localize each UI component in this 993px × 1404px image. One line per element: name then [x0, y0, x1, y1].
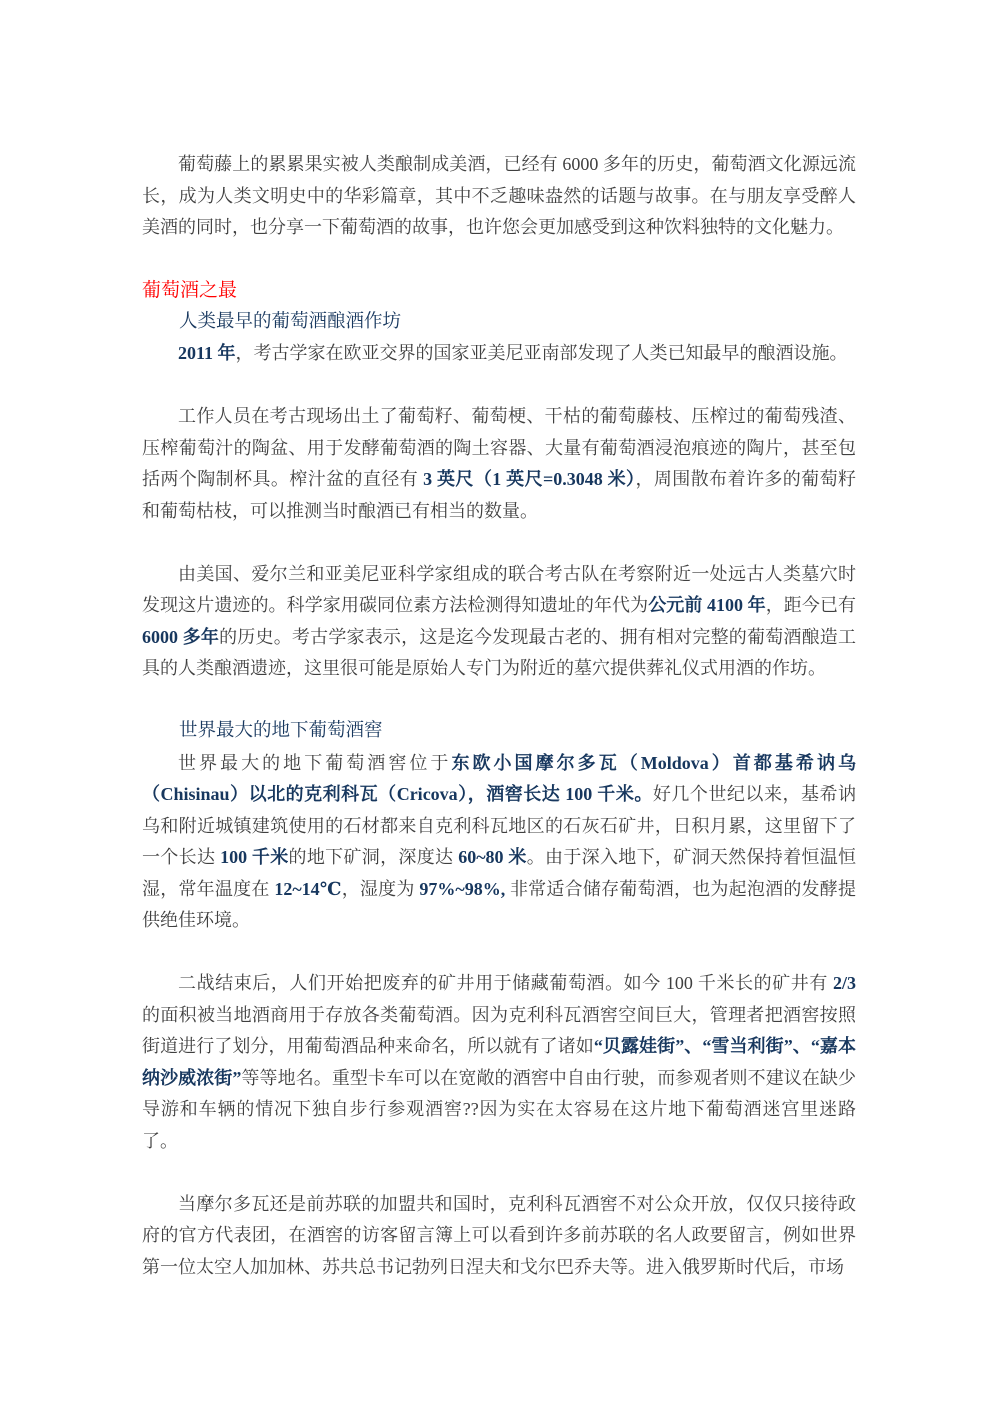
section-heading-wine-superlatives: 葡萄酒之最: [142, 275, 856, 307]
document-body: 葡萄藤上的累累果实被人类酿制成美酒，已经有 6000 多年的历史，葡萄酒文化源远…: [142, 149, 856, 1283]
highlighted-text-run: 2/3: [833, 973, 856, 993]
highlighted-text-run: 公元前 4100 年: [648, 595, 765, 615]
text-run: 二战结束后，人们开始把废弃的矿井用于储藏葡萄酒。如今 100 千米长的矿井有: [178, 973, 833, 993]
text-run: ，考古学家在欧亚交界的国家亚美尼亚南部发现了人类已知最早的酿酒设施。: [236, 343, 848, 363]
text-run: ，距今已有: [766, 595, 856, 615]
text-run: 世界最大的地下葡萄酒窖位于: [178, 753, 451, 773]
paragraph-carbon-dating: 由美国、爱尔兰和亚美尼亚科学家组成的联合考古队在考察附近一处远古人类墓穴时发现这…: [142, 559, 856, 685]
text-run: 人类最早的葡萄酒酿酒作坊: [179, 312, 401, 332]
text-run: 的地下矿洞，深度达: [289, 847, 459, 867]
highlighted-text-run: 2011 年: [178, 343, 236, 363]
text-run: 当摩尔多瓦还是前苏联的加盟共和国时，克利科瓦酒窖不对公众开放，仅仅只接待政府的官…: [142, 1194, 856, 1277]
text-run: 的历史。考古学家表示，这是迄今发现最古老的、拥有相对完整的葡萄酒酿造工具的人类酿…: [142, 627, 856, 679]
text-run: 等等地名。重型卡车可以在宽敞的酒窖中自由行驶，而参观者则不建议在缺少导游和车辆的…: [142, 1068, 856, 1151]
paragraph-2011-discovery: 2011 年，考古学家在欧亚交界的国家亚美尼亚南部发现了人类已知最早的酿酒设施。: [142, 338, 856, 370]
highlighted-text-run: 3 英尺（1 英尺=0.3048 米）: [423, 469, 635, 489]
subheading-largest-underground-cellar: 世界最大的地下葡萄酒窖: [142, 716, 856, 748]
paragraph-excavation-finds: 工作人员在考古现场出土了葡萄籽、葡萄梗、干枯的葡萄藤枝、压榨过的葡萄残渣、压榨葡…: [142, 401, 856, 527]
document-page: 葡萄藤上的累累果实被人类酿制成美酒，已经有 6000 多年的历史，葡萄酒文化源远…: [0, 0, 993, 1404]
highlighted-text-run: 12~14℃: [274, 879, 341, 899]
highlighted-text-run: 6000 多年: [142, 627, 219, 647]
text-run: 世界最大的地下葡萄酒窖: [179, 721, 383, 741]
intro-paragraph: 葡萄藤上的累累果实被人类酿制成美酒，已经有 6000 多年的历史，葡萄酒文化源远…: [142, 149, 856, 244]
highlighted-text-run: 97%~98%,: [419, 879, 505, 899]
highlighted-text-run: 60~80 米: [458, 847, 527, 867]
subheading-earliest-winery: 人类最早的葡萄酒酿酒作坊: [142, 307, 856, 339]
text-run: ，湿度为: [342, 879, 420, 899]
text-run: 葡萄酒之最: [142, 280, 237, 301]
highlighted-text-run: 100 千米: [220, 847, 288, 867]
paragraph-cricova-cellar: 世界最大的地下葡萄酒窖位于东欧小国摩尔多瓦（Moldova）首都基希讷乌（Chi…: [142, 748, 856, 937]
paragraph-postwar-storage: 二战结束后，人们开始把废弃的矿井用于储藏葡萄酒。如今 100 千米长的矿井有 2…: [142, 968, 856, 1157]
paragraph-soviet-era: 当摩尔多瓦还是前苏联的加盟共和国时，克利科瓦酒窖不对公众开放，仅仅只接待政府的官…: [142, 1189, 856, 1284]
text-run: 葡萄藤上的累累果实被人类酿制成美酒，已经有 6000 多年的历史，葡萄酒文化源远…: [142, 154, 856, 237]
